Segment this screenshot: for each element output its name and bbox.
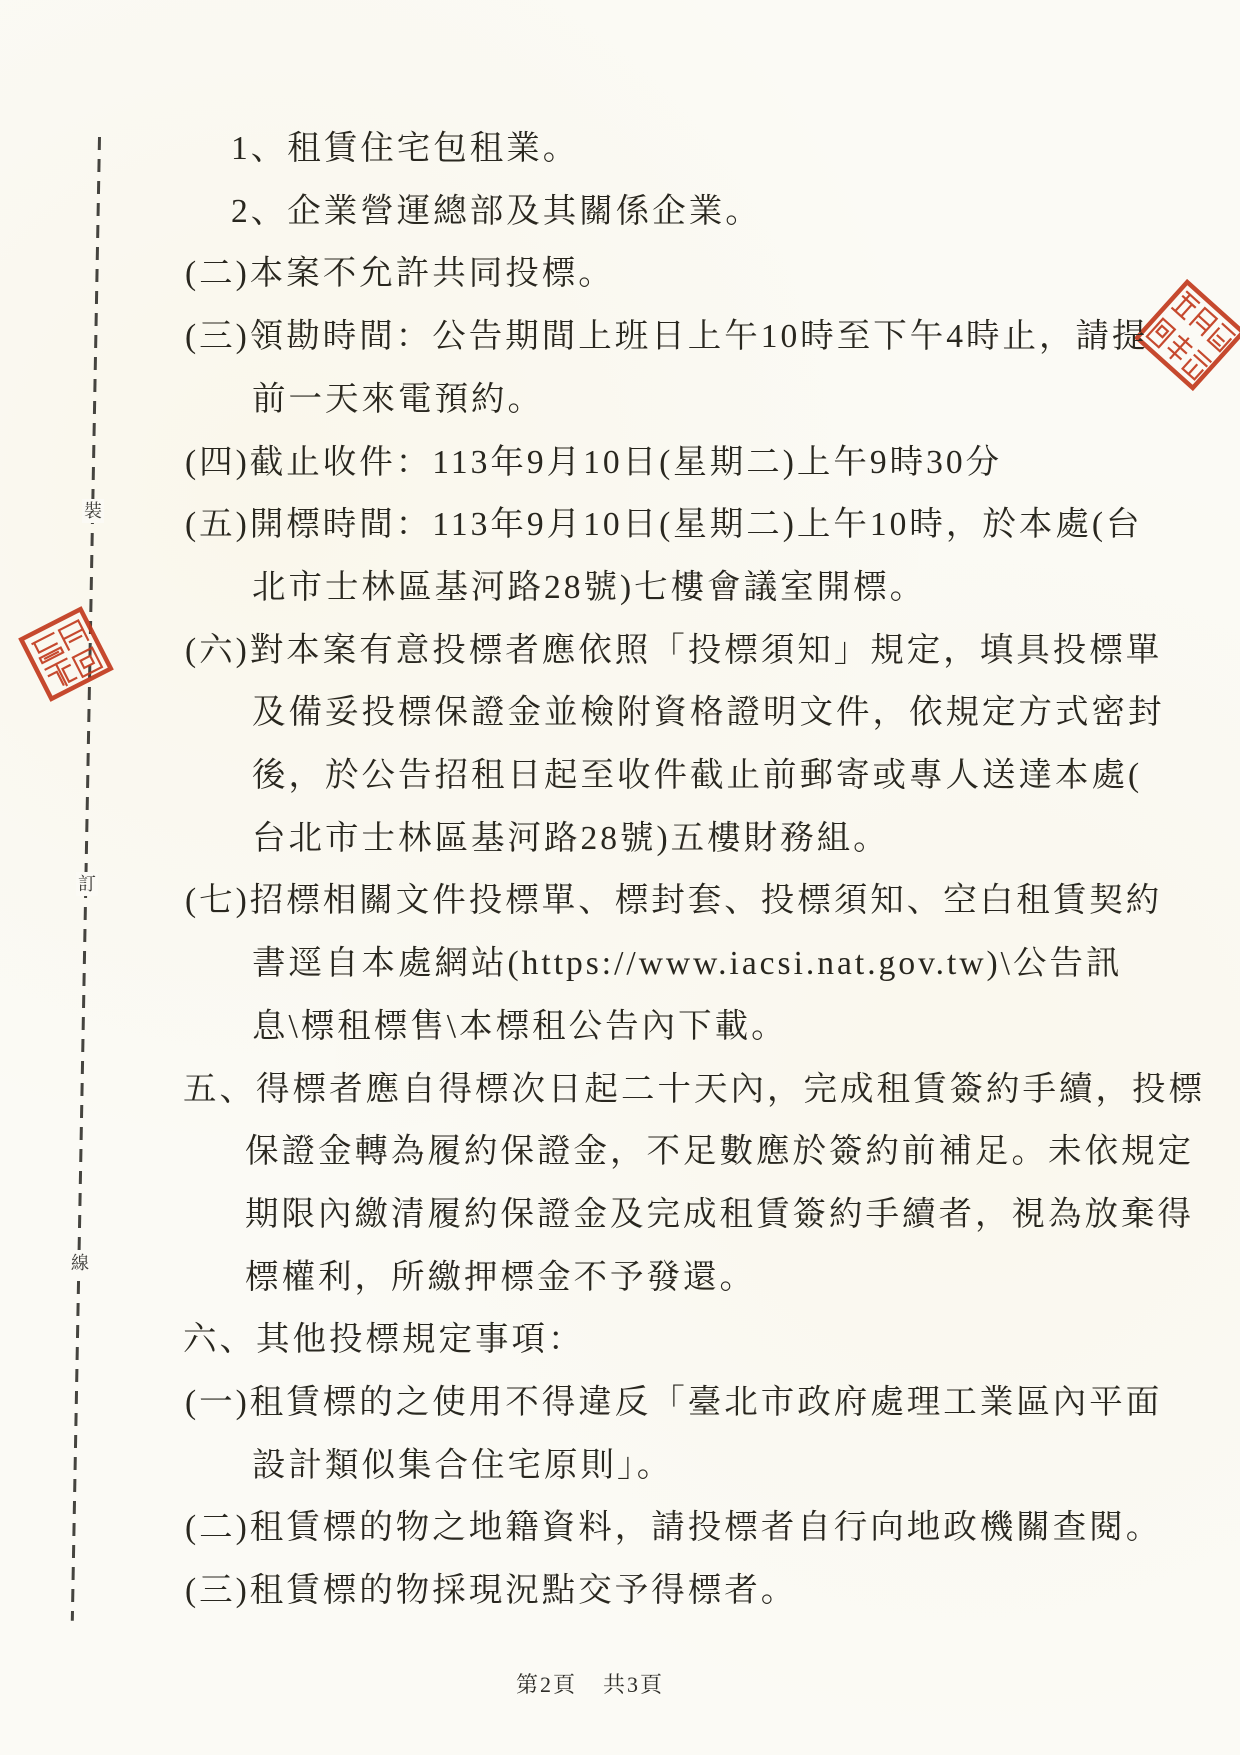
doc-line-item-6-cont2: 後，於公告招租日起至收件截止前郵寄或專人送達本處( — [0, 745, 1240, 808]
doc-line-item-5: (五)開標時間：113年9月10日(星期二)上午10時，於本處(台 — [0, 494, 1240, 557]
doc-line-item-3: (三)領勘時間：公告期間上班日上午10時至下午4時止，請提 — [0, 306, 1240, 369]
doc-line-item-5-cont: 北市士林區基河路28號)七樓會議室開標。 — [0, 557, 1240, 620]
doc-line-item-6-2: (二)租賃標的物之地籍資料，請投標者自行向地政機關查閱。 — [0, 1497, 1240, 1560]
doc-line-sec5-cont2: 期限內繳清履約保證金及完成租賃簽約手續者，視為放棄得 — [0, 1184, 1240, 1247]
doc-line-item-7-cont2: 息\標租標售\本標租公告內下載。 — [0, 996, 1240, 1059]
doc-line-item-4: (四)截止收件：113年9月10日(星期二)上午9時30分 — [0, 432, 1240, 495]
doc-line-sub-2: 2、企業營運總部及其關係企業。 — [0, 181, 1240, 244]
doc-line-item-6-cont3: 台北市士林區基河路28號)五樓財務組。 — [0, 808, 1240, 871]
doc-line-item-6: (六)對本案有意投標者應依照「投標須知」規定，填具投標單 — [0, 620, 1240, 683]
scanned-document-page: 裝 訂 線 1、租賃住宅包租業。 2、企業營運總部及其關係企業。 (二)本案不允… — [0, 0, 1240, 1755]
doc-line-item-7: (七)招標相關文件投標單、標封套、投標須知、空白租賃契約 — [0, 870, 1240, 933]
page-footer: 第2頁共3頁 — [0, 1668, 1180, 1699]
doc-line-item-6-1: (一)租賃標的之使用不得違反「臺北市政府處理工業區內平面 — [0, 1372, 1240, 1435]
doc-line-sec5-cont1: 保證金轉為履約保證金，不足數應於簽約前補足。未依規定 — [0, 1121, 1240, 1184]
document-body: 1、租賃住宅包租業。 2、企業營運總部及其關係企業。 (二)本案不允許共同投標。… — [0, 118, 1240, 1623]
doc-line-sec5-cont3: 標權利，所繳押標金不予發還。 — [0, 1247, 1240, 1310]
doc-line-item-2: (二)本案不允許共同投標。 — [0, 243, 1240, 306]
doc-line-item-6-3: (三)租賃標的物採現況點交予得標者。 — [0, 1560, 1240, 1623]
doc-line-item-3-cont: 前一天來電預約。 — [0, 369, 1240, 432]
doc-line-item-6-1cont: 設計類似集合住宅原則」。 — [0, 1435, 1240, 1498]
doc-line-section-5: 五、得標者應自得標次日起二十天內，完成租賃簽約手續，投標 — [0, 1059, 1240, 1122]
page-number: 第2頁 — [516, 1672, 577, 1697]
page-total: 共3頁 — [603, 1672, 664, 1697]
doc-line-item-6-cont1: 及備妥投標保證金並檢附資格證明文件，依規定方式密封 — [0, 682, 1240, 745]
doc-line-section-6: 六、其他投標規定事項： — [0, 1309, 1240, 1372]
doc-line-item-7-cont1: 書逕自本處網站(https://www.iacsi.nat.gov.tw)\公告… — [0, 933, 1240, 996]
doc-line-sub-1: 1、租賃住宅包租業。 — [0, 118, 1240, 181]
